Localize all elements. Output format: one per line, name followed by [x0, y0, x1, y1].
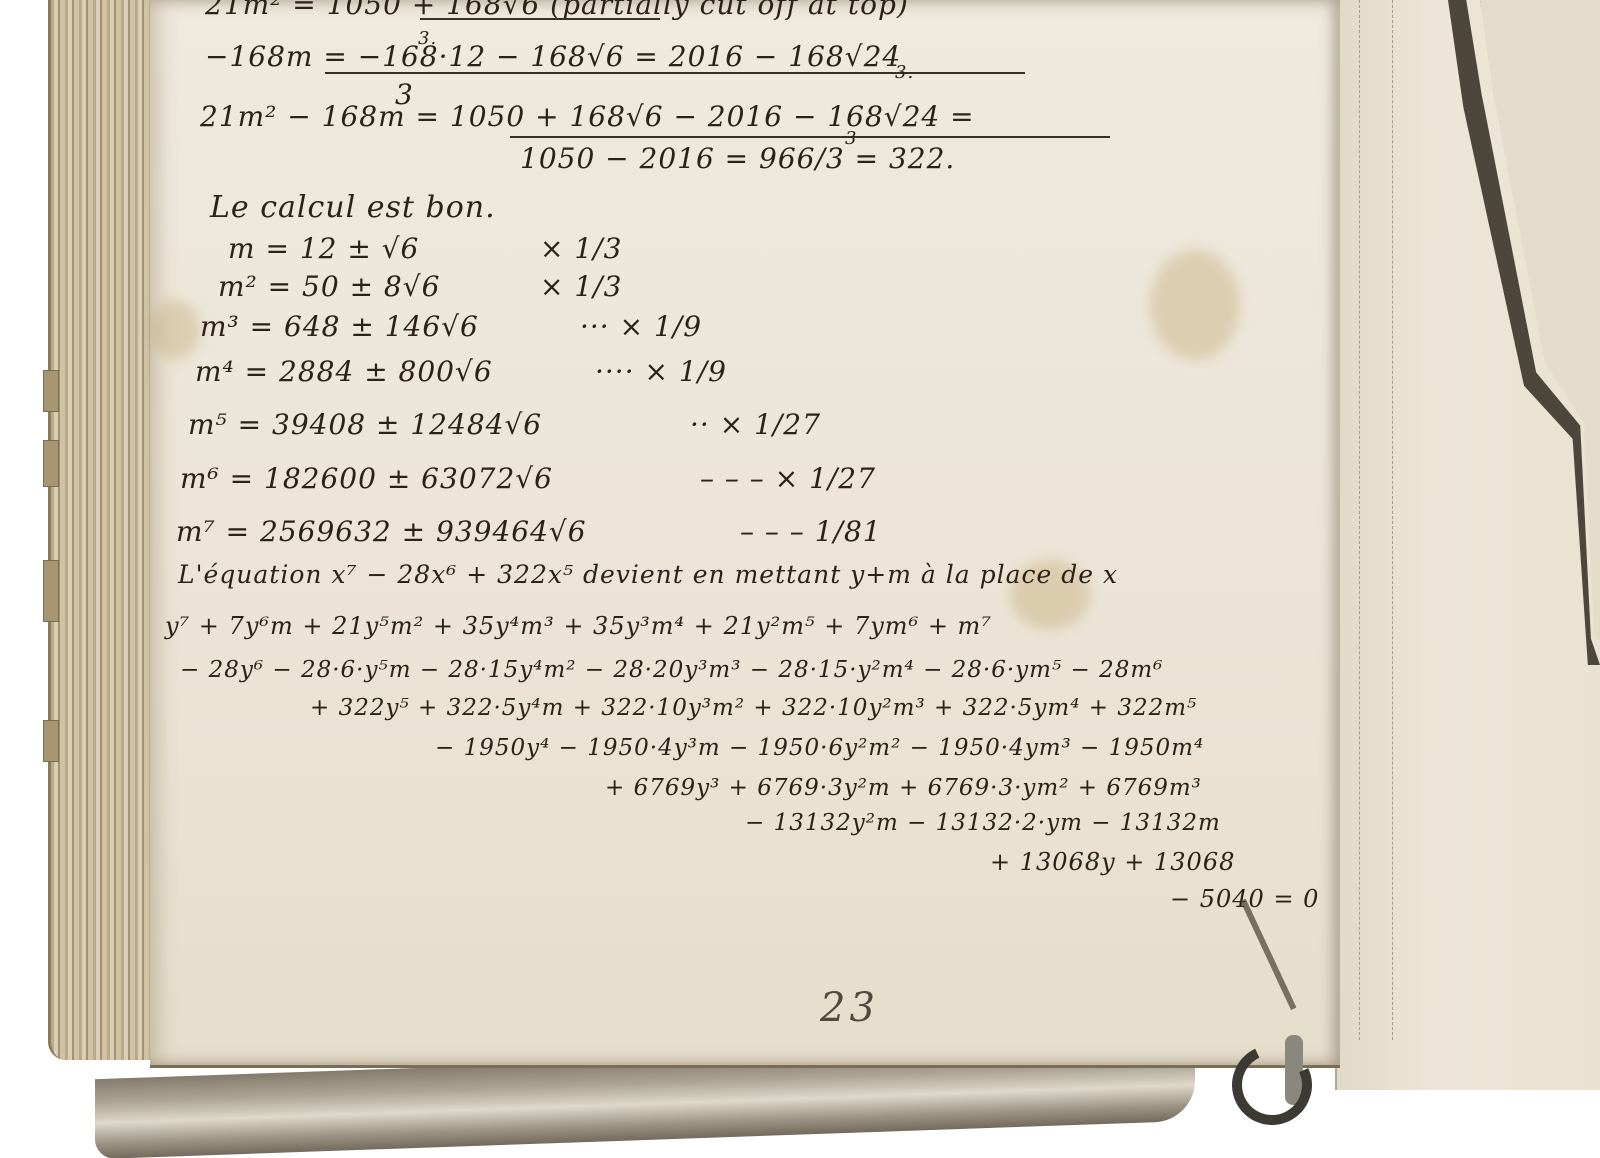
page-tab	[43, 720, 59, 762]
multiplier: × 1/3	[540, 232, 622, 265]
line-14-expansion: − 28y⁶ − 28·6·y⁵m − 28·15y⁴m² − 28·20y³m…	[180, 657, 1163, 683]
fraction-bar	[420, 18, 660, 20]
fraction-bar	[325, 72, 1025, 74]
line-4-conclusion: Le calcul est bon.	[210, 190, 496, 225]
page-tab	[43, 560, 59, 622]
line-1: −168m = −168·12 − 168√6 = 2016 − 168√24	[205, 40, 901, 73]
line-16-expansion: − 1950y⁴ − 1950·4y³m − 1950·6y²m² − 1950…	[435, 735, 1204, 761]
line-17-expansion: + 6769y³ + 6769·3y²m + 6769·3·ym² + 6769…	[605, 775, 1202, 801]
power-m4: m⁴ = 2884 ± 800√6	[195, 355, 493, 388]
line-18-expansion: − 13132y²m − 13132·2·ym − 13132m	[745, 810, 1221, 836]
line-15-expansion: + 322y⁵ + 322·5y⁴m + 322·10y³m² + 322·10…	[310, 695, 1197, 721]
page-edges-stack	[48, 0, 161, 1060]
multiplier: × 1/3	[540, 270, 622, 303]
ruled-line	[1359, 0, 1360, 1040]
multiplier: ··· × 1/9	[580, 310, 702, 343]
power-m2: m² = 50 ± 8√6	[218, 270, 440, 303]
multiplier: – – – 1/81	[740, 515, 882, 548]
page-tab	[43, 440, 59, 487]
denominator: 3.	[895, 62, 914, 83]
page-tab	[43, 370, 59, 412]
power-m1: m = 12 ± √6	[228, 232, 419, 265]
line-13-expansion: y⁷ + 7y⁶m + 21y⁵m² + 35y⁴m³ + 35y³m⁴ + 2…	[165, 612, 992, 640]
power-m5: m⁵ = 39408 ± 12484√6	[188, 408, 542, 441]
power-m6: m⁶ = 182600 ± 63072√6	[180, 462, 553, 495]
folio-number: 23	[820, 985, 879, 1031]
water-stain	[150, 300, 200, 360]
line-19-expansion: + 13068y + 13068	[990, 848, 1235, 876]
multiplier: ···· × 1/9	[595, 355, 727, 388]
water-stain	[1150, 250, 1240, 360]
fraction-bar	[510, 136, 1110, 138]
line-2: 21m² − 168m = 1050 + 168√6 − 2016 − 168√…	[200, 100, 975, 133]
multiplier: – – – × 1/27	[700, 462, 876, 495]
multiplier: ·· × 1/27	[690, 408, 821, 441]
power-m7: m⁷ = 2569632 ± 939464√6	[176, 515, 587, 548]
ruled-line	[1392, 0, 1393, 1040]
line-3: 1050 − 2016 = 966/3 = 322.	[520, 142, 955, 175]
power-m3: m³ = 648 ± 146√6	[200, 310, 479, 343]
line-12-equation-statement: L'équation x⁷ − 28x⁶ + 322x⁵ devient en …	[178, 560, 1118, 589]
